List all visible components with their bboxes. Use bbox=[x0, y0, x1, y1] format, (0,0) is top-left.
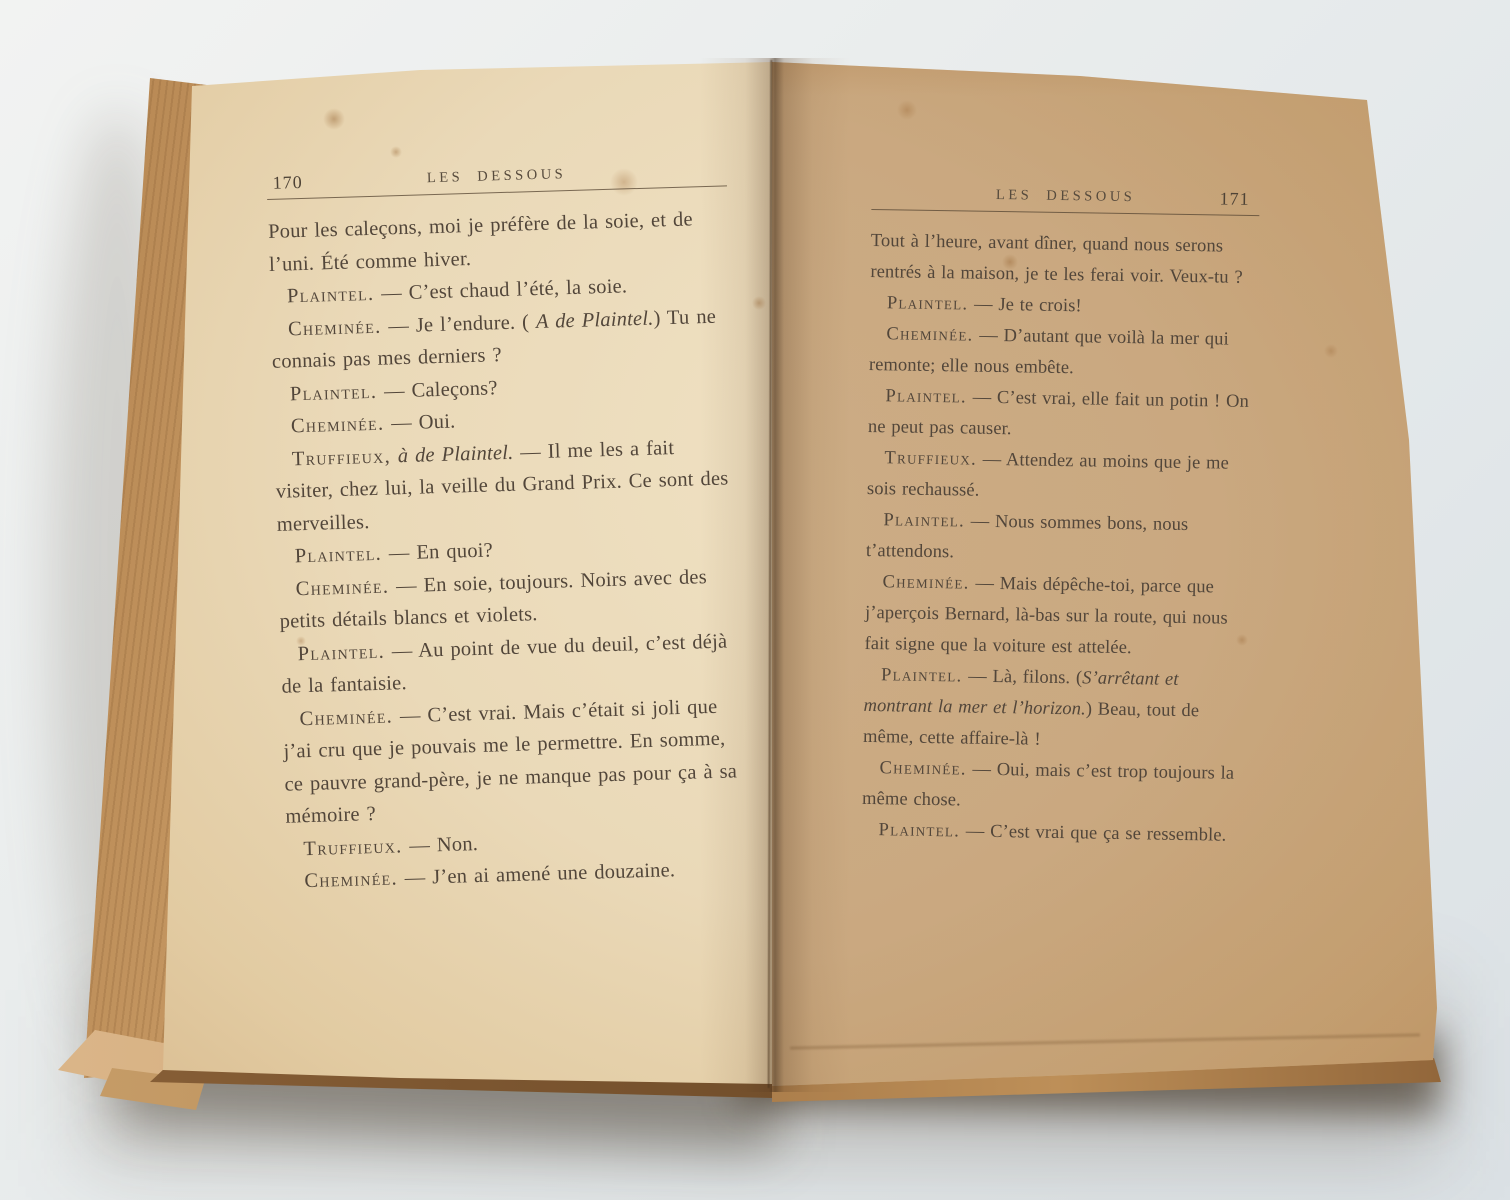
running-title: LES DESSOUS bbox=[871, 185, 1259, 208]
header-rule bbox=[871, 209, 1259, 216]
stage-direction: à de Plaintel. bbox=[391, 441, 514, 467]
speaker-name: Cheminée. bbox=[288, 315, 382, 340]
speaker-name: Cheminée. bbox=[304, 867, 398, 892]
speaker-name: Plaintel. bbox=[885, 386, 967, 407]
dialogue-paragraph: Plaintel. — C’est vrai, elle fait un pot… bbox=[868, 381, 1257, 449]
dialogue-text: — En quoi? bbox=[382, 539, 494, 564]
speaker-name: Plaintel. bbox=[294, 543, 382, 568]
dialogue-paragraph: Cheminée. — C’est vrai. Mais c’était si … bbox=[282, 690, 746, 834]
dialogue-paragraph: Plaintel. — Là, filons. (S’arrêtant et m… bbox=[863, 660, 1252, 759]
dialogue-paragraph: Tout à l’heure, avant dîner, quand nous … bbox=[870, 226, 1259, 294]
speaker-name: Cheminée. bbox=[879, 758, 966, 779]
speaker-name: Cheminée. bbox=[886, 324, 973, 345]
stage-direction: A de Plaintel. bbox=[536, 307, 654, 332]
page-text: Tout à l’heure, avant dîner, quand nous … bbox=[861, 226, 1259, 852]
dialogue-paragraph: Cheminée. — Oui, mais c’est trop toujour… bbox=[862, 753, 1251, 821]
speaker-name: Plaintel. bbox=[290, 380, 378, 405]
dialogue-text: — Au point de vue du deuil, c’est déjà d… bbox=[281, 630, 727, 698]
speaker-name: Plaintel. bbox=[887, 293, 969, 314]
dialogue-text: — C’est vrai que ça se ressemble. bbox=[960, 821, 1227, 845]
speaker-name: Plaintel. bbox=[297, 640, 385, 665]
page-number: 171 bbox=[1219, 188, 1249, 209]
speaker-name: Truffieux. bbox=[884, 448, 977, 469]
dialogue-text: Pour les caleçons, moi je préfère de la … bbox=[268, 208, 693, 275]
speaker-name: Plaintel. bbox=[881, 665, 963, 686]
dialogue-paragraph: Cheminée. — Mais dépêche-toi, parce que … bbox=[864, 567, 1253, 666]
speaker-name: Cheminée. bbox=[295, 575, 389, 600]
speaker-name: Cheminée. bbox=[882, 572, 969, 593]
right-page-header: LES DESSOUS 171 bbox=[871, 170, 1259, 210]
speaker-name: Plaintel. bbox=[878, 820, 960, 841]
right-page-content: LES DESSOUS 171 Tout à l’heure, avant dî… bbox=[861, 170, 1260, 852]
dialogue-paragraph: Plaintel. — Nous sommes bons, nous t’att… bbox=[866, 505, 1255, 573]
dialogue-text: — C’est chaud l’été, la soie. bbox=[374, 275, 627, 304]
dialogue-paragraph: Truffieux. — Attendez au moins que je me… bbox=[867, 443, 1256, 511]
dialogue-text: — Là, filons. ( bbox=[962, 666, 1082, 688]
speaker-name: Plaintel. bbox=[287, 283, 375, 308]
dialogue-paragraph: Truffieux, à de Plaintel. — Il me les a … bbox=[274, 430, 737, 541]
dialogue-text: — Oui. bbox=[384, 411, 456, 435]
dialogue-text: — Je l’endure. ( bbox=[381, 311, 536, 338]
speaker-name: Cheminée. bbox=[299, 705, 393, 730]
dialogue-text: — J’en ai amené une douzaine. bbox=[398, 859, 676, 889]
dialogue-paragraph: Plaintel. — C’est vrai que ça se ressemb… bbox=[861, 815, 1249, 852]
speaker-name: Cheminée. bbox=[291, 413, 385, 438]
page-text: Pour les caleçons, moi je préfère de la … bbox=[268, 202, 748, 898]
dialogue-text: — Caleçons? bbox=[377, 377, 498, 403]
speaker-name: Truffieux, bbox=[292, 445, 392, 470]
page-crease bbox=[790, 1033, 1420, 1049]
photo-of-open-book: 170 LES DESSOUS Pour les caleçons, moi j… bbox=[0, 0, 1510, 1200]
left-page-content: 170 LES DESSOUS Pour les caleçons, moi j… bbox=[266, 146, 748, 898]
dialogue-text: Tout à l’heure, avant dîner, quand nous … bbox=[870, 231, 1243, 288]
dialogue-text: — Non. bbox=[402, 833, 478, 857]
dialogue-text: — Je te crois! bbox=[968, 295, 1082, 317]
dialogue-paragraph: Cheminée. — D’autant que voilà la mer qu… bbox=[869, 319, 1258, 387]
speaker-name: Truffieux. bbox=[303, 835, 403, 860]
speaker-name: Plaintel. bbox=[883, 510, 965, 531]
